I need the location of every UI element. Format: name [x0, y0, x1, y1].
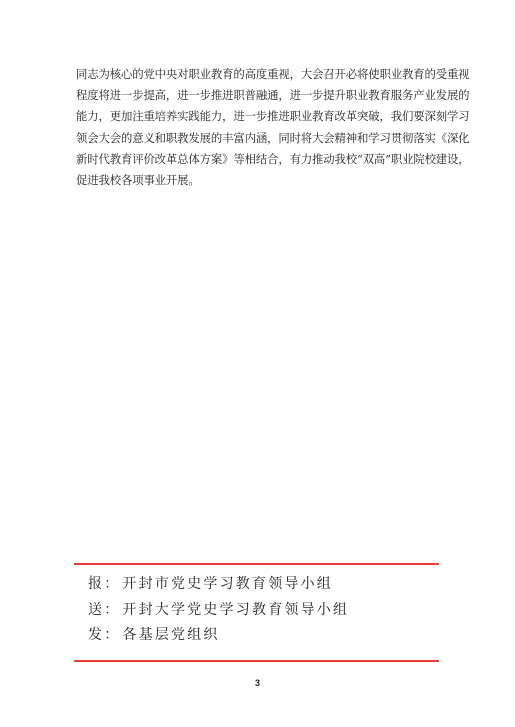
body-line: 新时代教育评价改革总体方案》等相结合，有力推动我校“双高”职业院校建设，: [76, 149, 441, 170]
body-line: 促进我校各项事业开展。: [76, 170, 441, 191]
distribution-row-send: 送： 开封大学党史学习教育领导小组: [88, 598, 349, 624]
distribution-label: 报：: [88, 572, 120, 598]
document-page: 同志为核心的党中央对职业教育的高度重视，大会召开必将使职业教育的受重视 程度将进…: [0, 0, 515, 727]
page-number: 3: [0, 678, 515, 688]
distribution-row-report: 报： 开封市党史学习教育领导小组: [88, 572, 349, 598]
distribution-recipient: 开封大学党史学习教育领导小组: [122, 598, 349, 624]
red-divider-bottom: [74, 660, 439, 662]
body-line: 程度将进一步提高，进一步推进职普融通，进一步提升职业教育服务产业发展的: [76, 85, 441, 106]
distribution-recipient: 各基层党组织: [122, 623, 219, 649]
body-line: 领会大会的意义和职教发展的丰富内涵，同时将大会精神和学习贯彻落实《深化: [76, 128, 441, 149]
distribution-row-issue: 发： 各基层党组织: [88, 623, 349, 649]
distribution-label: 发：: [88, 623, 120, 649]
distribution-list: 报： 开封市党史学习教育领导小组 送： 开封大学党史学习教育领导小组 发： 各基…: [88, 572, 349, 649]
distribution-label: 送：: [88, 598, 120, 624]
body-line: 能力，更加注重培养实践能力，进一步推进职业教育改革突破，我们要深刻学习: [76, 106, 441, 127]
distribution-recipient: 开封市党史学习教育领导小组: [122, 572, 333, 598]
body-line: 同志为核心的党中央对职业教育的高度重视，大会召开必将使职业教育的受重视: [76, 64, 441, 85]
red-divider-top: [74, 563, 439, 565]
body-paragraph: 同志为核心的党中央对职业教育的高度重视，大会召开必将使职业教育的受重视 程度将进…: [76, 64, 441, 191]
